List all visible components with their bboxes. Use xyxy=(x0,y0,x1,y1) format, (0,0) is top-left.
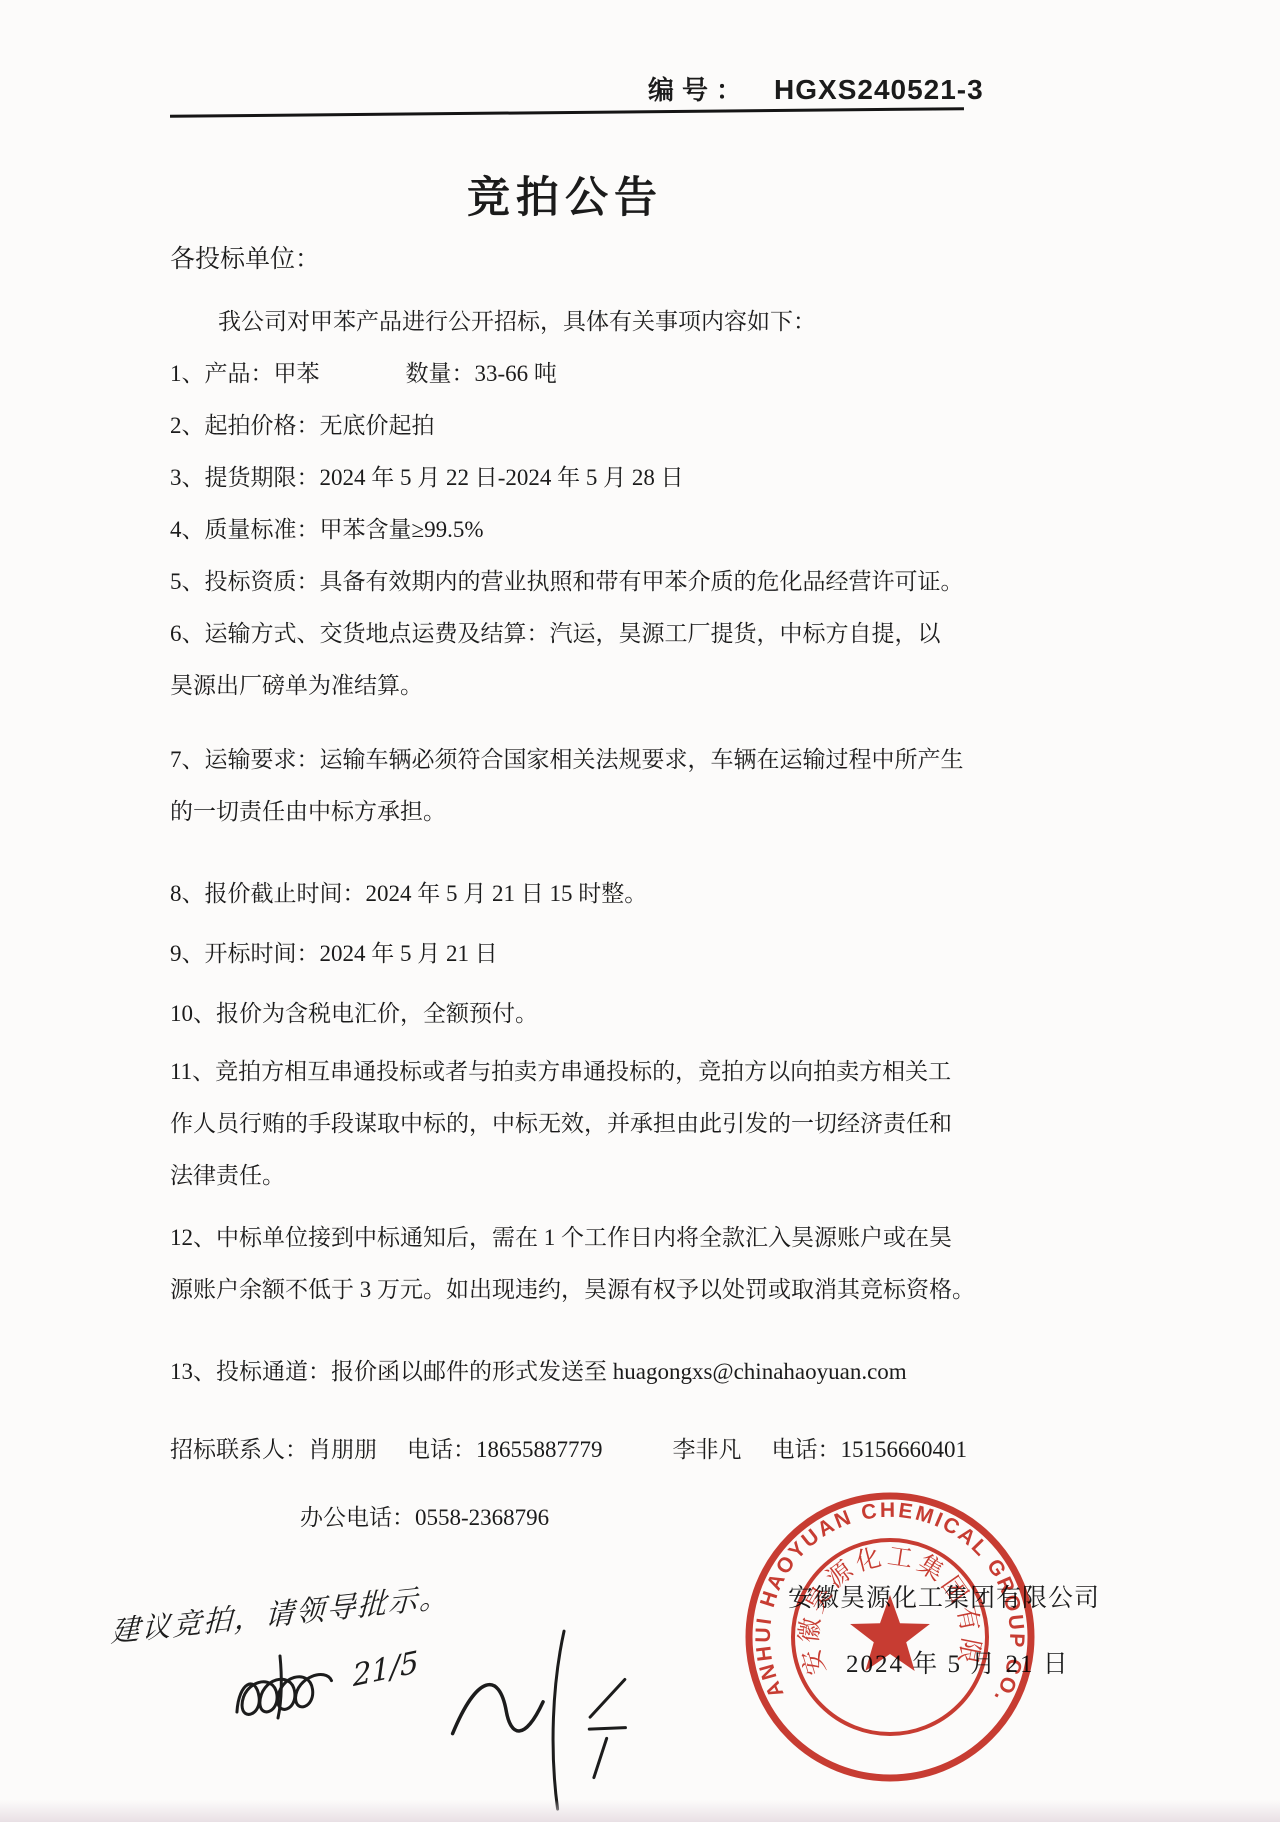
item-11-line-1: 11、竞拍方相互串通投标或者与拍卖方串通投标的，竞拍方以向拍卖方相关工 xyxy=(170,1046,966,1098)
item-9: 9、开标时间：2024 年 5 月 21 日 xyxy=(170,928,966,980)
company-stamp-icon: ANHUI HAOYUAN CHEMICAL GROUP CO., LTD. 安… xyxy=(735,1482,1045,1792)
header-rule xyxy=(170,107,964,118)
contact-lead: 招标联系人：肖朋朋 xyxy=(170,1437,377,1462)
item-3: 3、提货期限：2024 年 5 月 22 日-2024 年 5 月 28 日 xyxy=(170,452,966,504)
item-1-line: 1、产品：甲苯数量：33-66 吨 xyxy=(170,348,966,400)
salutation: 各投标单位： xyxy=(170,234,966,286)
item-5: 5、投标资质：具备有效期内的营业执照和带有甲苯介质的危化品经营许可证。 xyxy=(170,556,966,608)
item-4: 4、质量标准：甲苯含量≥99.5% xyxy=(170,504,966,556)
handwritten-note: 建议竞拍，请领导批示。 xyxy=(110,1574,451,1651)
item-6: 6、运输方式、交货地点运费及结算：汽运，昊源工厂提货，中标方自提，以 昊源出厂磅… xyxy=(170,608,966,712)
item-10: 10、报价为含税电汇价，全额预付。 xyxy=(170,988,966,1040)
item-12: 12、中标单位接到中标通知后，需在 1 个工作日内将全款汇入昊源账户或在昊 源账… xyxy=(170,1212,966,1316)
item-13: 13、投标通道：报价函以邮件的形式发送至 huagongxs@chinahaoy… xyxy=(170,1346,966,1398)
contact-second-phone: 电话：15156660401 xyxy=(772,1437,968,1462)
page-title: 竞拍公告 xyxy=(170,164,960,225)
item-1-product: 1、产品：甲苯 xyxy=(170,361,320,386)
item-7-line-1: 7、运输要求：运输车辆必须符合国家相关法规要求，车辆在运输过程中所产生 xyxy=(170,734,966,786)
document-body: 各投标单位： 我公司对甲苯产品进行公开招标，具体有关事项内容如下： 1、产品：甲… xyxy=(170,234,966,1544)
item-4-line: 4、质量标准：甲苯含量≥99.5% xyxy=(170,504,966,556)
item-7-line-2: 的一切责任由中标方承担。 xyxy=(170,786,966,838)
item-9-line: 9、开标时间：2024 年 5 月 21 日 xyxy=(170,928,966,980)
item-8-line: 8、报价截止时间：2024 年 5 月 21 日 15 时整。 xyxy=(170,868,966,920)
doc-number: 编号：HGXS240521-3 xyxy=(648,70,984,107)
contact-second-name: 李非凡 xyxy=(673,1437,742,1462)
item-12-line-2: 源账户余额不低于 3 万元。如出现违约，昊源有权予以处罚或取消其竞标资格。 xyxy=(170,1264,966,1316)
doc-number-label: 编号： xyxy=(648,75,750,105)
stamp-star-icon xyxy=(850,1595,930,1671)
stamp-ring-textpath: ANHUI HAOYUAN CHEMICAL GROUP CO., LTD. xyxy=(735,1482,1028,1708)
doc-number-value: HGXS240521-3 xyxy=(774,74,984,105)
item-12-line-1: 12、中标单位接到中标通知后，需在 1 个工作日内将全款汇入昊源账户或在昊 xyxy=(170,1212,966,1264)
item-1: 1、产品：甲苯数量：33-66 吨 xyxy=(170,348,966,400)
stamp-ring-text: ANHUI HAOYUAN CHEMICAL GROUP CO., LTD. xyxy=(735,1482,1028,1708)
item-11-line-2: 作人员行贿的手段谋取中标的，中标无效，并承担由此引发的一切经济责任和 xyxy=(170,1098,966,1150)
item-2: 2、起拍价格：无底价起拍 xyxy=(170,400,966,452)
contact-lead-phone: 电话：18655887779 xyxy=(407,1437,603,1462)
item-6-line-2: 昊源出厂磅单为准结算。 xyxy=(170,660,966,712)
item-5-line: 5、投标资质：具备有效期内的营业执照和带有甲苯介质的危化品经营许可证。 xyxy=(170,556,966,608)
item-8: 8、报价截止时间：2024 年 5 月 21 日 15 时整。 xyxy=(170,868,966,920)
item-7: 7、运输要求：运输车辆必须符合国家相关法规要求，车辆在运输过程中所产生 的一切责… xyxy=(170,734,966,838)
item-11: 11、竞拍方相互串通投标或者与拍卖方串通投标的，竞拍方以向拍卖方相关工 作人员行… xyxy=(170,1046,966,1202)
item-1-quantity: 数量：33-66 吨 xyxy=(406,361,557,386)
item-6-line-1: 6、运输方式、交货地点运费及结算：汽运，昊源工厂提货，中标方自提，以 xyxy=(170,608,966,660)
item-2-line: 2、起拍价格：无底价起拍 xyxy=(170,400,966,452)
contacts-line: 招标联系人：肖朋朋电话：18655887779李非凡电话：15156660401 xyxy=(170,1424,966,1476)
item-3-line: 3、提货期限：2024 年 5 月 22 日-2024 年 5 月 28 日 xyxy=(170,452,966,504)
item-13-line: 13、投标通道：报价函以邮件的形式发送至 huagongxs@chinahaoy… xyxy=(170,1346,966,1398)
intro-paragraph: 我公司对甲苯产品进行公开招标，具体有关事项内容如下： xyxy=(170,296,966,348)
scanned-document-page: 编号：HGXS240521-3 竞拍公告 各投标单位： 我公司对甲苯产品进行公开… xyxy=(0,0,1280,1822)
handwritten-signature-1 xyxy=(228,1652,358,1722)
item-11-line-3: 法律责任。 xyxy=(170,1150,966,1202)
item-10-line: 10、报价为含税电汇价，全额预付。 xyxy=(170,988,966,1040)
handwritten-date: 21/5 xyxy=(352,1645,419,1695)
scan-page-edge xyxy=(0,1800,1280,1822)
handwritten-signature-2 xyxy=(434,1615,657,1819)
